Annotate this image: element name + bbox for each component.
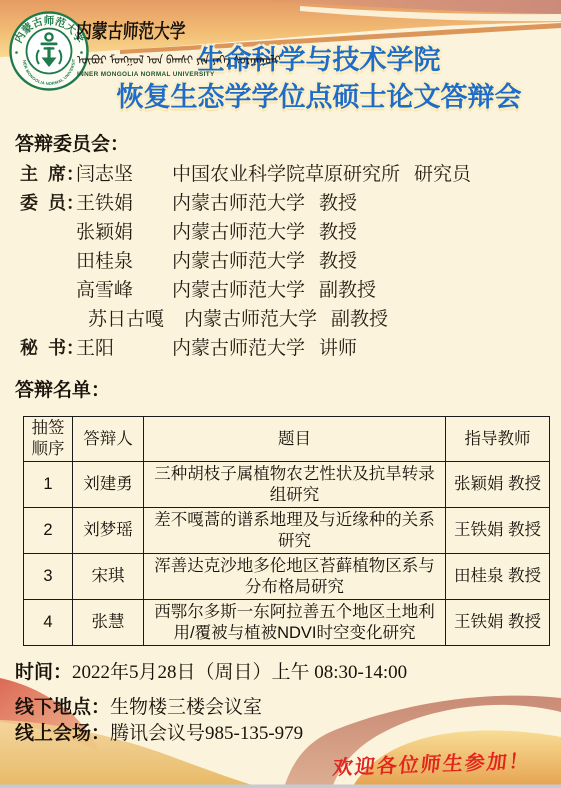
defense-announcement-poster: 内蒙古师范大学 INNER MONGOLIA NORMAL UNIVERSITY… bbox=[0, 0, 561, 788]
col-header-advisor: 指导教师 bbox=[446, 417, 550, 462]
cell-candidate: 刘梦瑶 bbox=[73, 508, 144, 554]
cell-draw-order: 3 bbox=[24, 554, 73, 600]
table-row: 2 刘梦瑶 差不嘎蒿的谱系地理及与近缘种的关系研究 王铁娟 教授 bbox=[24, 508, 550, 554]
committee-member-title: 副教授 bbox=[319, 280, 376, 301]
cell-candidate: 张慧 bbox=[73, 600, 144, 646]
committee-member-title: 讲师 bbox=[319, 338, 357, 359]
committee-row-member: 委 员：王铁娟内蒙古师范大学教授 bbox=[20, 189, 471, 218]
committee-member-name: 苏日古嘎 bbox=[76, 305, 184, 334]
cell-thesis-title: 差不嘎蒿的谱系地理及与近缘种的关系研究 bbox=[144, 508, 446, 554]
cell-advisor: 张颖娟 教授 bbox=[446, 462, 550, 508]
committee-member-org: 内蒙古师范大学 bbox=[172, 193, 305, 214]
committee-member-name: 闫志坚 bbox=[76, 160, 172, 189]
online-meeting-line: 线上会场：腾讯会议号985-135-979 bbox=[15, 718, 303, 745]
committee-list: 主 席：闫志坚中国农业科学院草原研究所研究员 委 员：王铁娟内蒙古师范大学教授 … bbox=[20, 160, 471, 363]
committee-member-title: 副教授 bbox=[331, 309, 388, 330]
committee-role-label: 秘 书： bbox=[20, 334, 76, 363]
time-label: 时间： bbox=[15, 662, 72, 683]
offline-venue-line: 线下地点：生物楼三楼会议室 bbox=[15, 692, 262, 719]
time-value: 2022年5月28日（周日）上午 08:30-14:00 bbox=[72, 662, 407, 683]
committee-heading: 答辩委员会： bbox=[15, 129, 129, 156]
committee-row-chair: 主 席：闫志坚中国农业科学院草原研究所研究员 bbox=[20, 160, 471, 189]
table-row: 4 张慧 西鄂尔多斯一东阿拉善五个地区土地利用/覆被与植被NDVI时空变化研究 … bbox=[24, 600, 550, 646]
committee-row-member: 田桂泉内蒙古师范大学教授 bbox=[20, 247, 471, 276]
university-name-english: INNER MONGOLIA NORMAL UNIVERSITY bbox=[77, 71, 267, 78]
table-row: 3 宋琪 浑善达克沙地多伦地区苔藓植物区系与分布格局研究 田桂泉 教授 bbox=[24, 554, 550, 600]
cell-candidate: 宋琪 bbox=[73, 554, 144, 600]
cell-draw-order: 1 bbox=[24, 462, 73, 508]
online-meeting-value: 腾讯会议号985-135-979 bbox=[110, 723, 303, 744]
university-name-chinese: 内蒙古师范大学 bbox=[75, 15, 225, 44]
committee-member-org: 内蒙古师范大学 bbox=[172, 338, 305, 359]
cell-advisor: 田桂泉 教授 bbox=[446, 554, 550, 600]
committee-member-title: 教授 bbox=[319, 222, 357, 243]
committee-member-name: 田桂泉 bbox=[76, 247, 172, 276]
committee-member-name: 王铁娟 bbox=[76, 189, 172, 218]
committee-row-secretary: 秘 书：王阳内蒙古师范大学讲师 bbox=[20, 334, 471, 363]
committee-member-name: 王阳 bbox=[76, 334, 172, 363]
time-line: 时间：2022年5月28日（周日）上午 08:30-14:00 bbox=[15, 657, 407, 684]
committee-member-title: 研究员 bbox=[414, 164, 471, 185]
event-title-line2: 恢复生态学学位点硕士论文答辩会 bbox=[110, 79, 528, 116]
cell-thesis-title: 西鄂尔多斯一东阿拉善五个地区土地利用/覆被与植被NDVI时空变化研究 bbox=[144, 600, 446, 646]
offline-venue-label: 线下地点： bbox=[15, 697, 110, 718]
cell-advisor: 王铁娟 教授 bbox=[446, 600, 550, 646]
committee-member-title: 教授 bbox=[319, 193, 357, 214]
committee-member-org: 内蒙古师范大学 bbox=[184, 309, 317, 330]
col-header-draw-order: 抽签顺序 bbox=[24, 417, 73, 462]
online-meeting-label: 线上会场： bbox=[15, 723, 110, 744]
committee-row-member: 张颖娟内蒙古师范大学教授 bbox=[20, 218, 471, 247]
committee-role-label: 主 席： bbox=[20, 160, 76, 189]
defense-schedule-table: 抽签顺序 答辩人 题目 指导教师 1 刘建勇 三种胡枝子属植物农艺性状及抗旱转录… bbox=[23, 416, 550, 646]
cell-candidate: 刘建勇 bbox=[73, 462, 144, 508]
table-row: 1 刘建勇 三种胡枝子属植物农艺性状及抗旱转录组研究 张颖娟 教授 bbox=[24, 462, 550, 508]
cell-draw-order: 2 bbox=[24, 508, 73, 554]
col-header-thesis-title: 题目 bbox=[144, 417, 446, 462]
offline-venue-value: 生物楼三楼会议室 bbox=[110, 697, 262, 718]
defense-list-heading: 答辩名单： bbox=[15, 375, 110, 402]
cell-draw-order: 4 bbox=[24, 600, 73, 646]
committee-member-org: 内蒙古师范大学 bbox=[172, 251, 305, 272]
cell-thesis-title: 浑善达克沙地多伦地区苔藓植物区系与分布格局研究 bbox=[144, 554, 446, 600]
committee-member-org: 中国农业科学院草原研究所 bbox=[172, 164, 400, 185]
university-name-block: 内蒙古师范大学 ᠥᠪᠥᠷ ᠮᠣᠩᠭᠣᠯ ᠤᠨ ᠪᠠᠭᠰᠢ ᠶᠢᠨ ᠶᠡᠬᠡ ᠰᠤ… bbox=[77, 15, 267, 78]
cell-advisor: 王铁娟 教授 bbox=[446, 508, 550, 554]
committee-member-name: 张颖娟 bbox=[76, 218, 172, 247]
committee-member-title: 教授 bbox=[319, 251, 357, 272]
committee-row-member: 高雪峰内蒙古师范大学副教授 bbox=[20, 276, 471, 305]
committee-role-label: 委 员： bbox=[20, 189, 76, 218]
committee-member-org: 内蒙古师范大学 bbox=[172, 222, 305, 243]
university-name-mongolian: ᠥᠪᠥᠷ ᠮᠣᠩᠭᠣᠯ ᠤᠨ ᠪᠠᠭᠰᠢ ᠶᠢᠨ ᠶᠡᠬᠡ ᠰᠤᠷᠭᠠᠭᠤᠯᠢ bbox=[77, 47, 248, 68]
cell-thesis-title: 三种胡枝子属植物农艺性状及抗旱转录组研究 bbox=[144, 462, 446, 508]
committee-member-name: 高雪峰 bbox=[76, 276, 172, 305]
table-header-row: 抽签顺序 答辩人 题目 指导教师 bbox=[24, 417, 550, 462]
committee-row-member: 苏日古嘎内蒙古师范大学副教授 bbox=[20, 305, 471, 334]
col-header-candidate: 答辩人 bbox=[73, 417, 144, 462]
committee-member-org: 内蒙古师范大学 bbox=[172, 280, 305, 301]
